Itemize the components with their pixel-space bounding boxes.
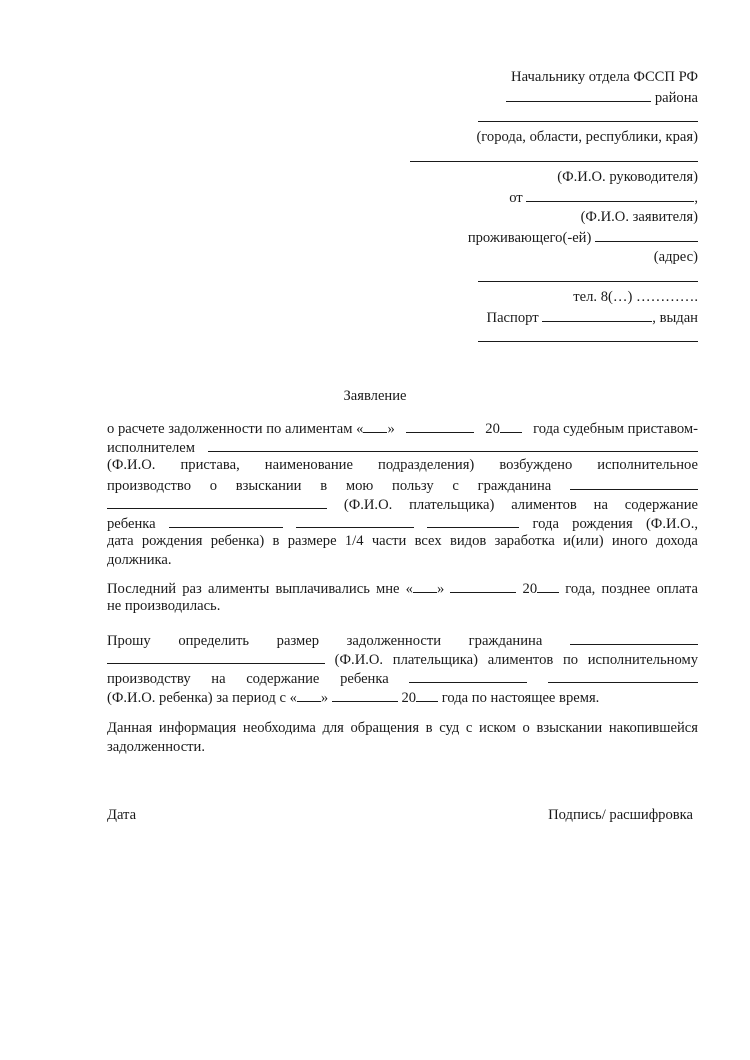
word: задолженности <box>347 632 441 651</box>
addressee-line: Начальнику отдела ФССП РФ <box>378 67 698 87</box>
request-child-field-2[interactable] <box>548 668 698 683</box>
applicant-line: от , <box>378 187 698 207</box>
word: видов <box>450 532 486 551</box>
word: дохода <box>656 532 698 551</box>
addressee-head: Начальнику отдела ФССП РФ <box>511 69 698 85</box>
period-end-text: года по настоящее время. <box>442 690 600 706</box>
word: части <box>372 532 406 551</box>
word: Данная <box>107 719 152 738</box>
residence-line: проживающего(-ей) <box>378 227 698 247</box>
passport-line: Паспорт , выдан <box>378 307 698 327</box>
address-blank-line <box>378 267 698 287</box>
applicant-name-field[interactable] <box>526 187 694 202</box>
child-birth-field[interactable] <box>427 513 519 528</box>
phone-line: тел. 8(…) …………. <box>378 287 698 307</box>
word: накопившейся <box>609 719 698 738</box>
document-title: Заявление <box>0 386 750 406</box>
word: размере <box>288 532 337 551</box>
p1-line: производство о взыскании в мою пользу с … <box>107 475 698 494</box>
bailiff-field[interactable] <box>208 437 698 452</box>
word: содержание <box>625 496 698 515</box>
word: информация <box>159 719 236 738</box>
word: для <box>322 719 343 738</box>
region-field[interactable] <box>478 107 698 122</box>
word: с <box>466 719 472 738</box>
applicant-caption: (Ф.И.О. заявителя) <box>378 207 698 227</box>
request-payer-name-field[interactable] <box>107 649 325 664</box>
p1-line: о расчете задолженности по алиментам «» … <box>107 418 698 437</box>
word: подразделения) <box>378 456 474 475</box>
year-field[interactable] <box>500 418 522 433</box>
word: всех <box>415 532 442 551</box>
passport-label: Паспорт <box>487 310 539 326</box>
word: иного <box>612 532 648 551</box>
word: исполнительное <box>597 456 698 475</box>
word: 1/4 <box>345 532 364 551</box>
date-group: «» <box>406 578 445 599</box>
last-pay-month-field[interactable] <box>450 578 516 593</box>
month-field[interactable] <box>406 418 474 433</box>
passport-field[interactable] <box>542 307 652 322</box>
word: (Ф.И.О. <box>335 651 383 670</box>
p1-intro: о расчете задолженности по алиментам « <box>107 421 363 437</box>
word: взыскании <box>536 719 602 738</box>
period-label: (Ф.И.О. ребенка) за период с « <box>107 690 297 706</box>
phone-label: тел. 8(…) …………. <box>573 289 698 305</box>
p1-line: (Ф.И.О. плательщика) алиментов на содерж… <box>107 494 698 513</box>
issued-label: , выдан <box>652 310 698 326</box>
year-group: 20 <box>523 578 560 599</box>
head-name-caption: (Ф.И.О. руководителя) <box>378 167 698 187</box>
word: рождения <box>142 532 203 551</box>
address-caption: (адрес) <box>378 247 698 267</box>
address-field[interactable] <box>478 267 698 282</box>
year-prefix: 20 <box>523 581 538 597</box>
word: о <box>523 719 530 738</box>
paragraph-request: Прошу определить размер задолженности гр… <box>107 630 698 706</box>
word: на <box>594 496 608 515</box>
p1-line: ребенка года рождения (Ф.И.О., <box>107 513 698 532</box>
region-caption: (города, области, республики, края) <box>378 127 698 147</box>
p4-line: задолженности. <box>107 738 698 757</box>
child-name-field-2[interactable] <box>296 513 414 528</box>
region-caption-text: (города, области, республики, края) <box>476 129 698 145</box>
word: алиментов <box>511 496 577 515</box>
p1-line: (Ф.И.О. пристава, наименование подраздел… <box>107 456 698 475</box>
quote-close: » <box>321 690 328 706</box>
p3-line: производству на содержание ребенка <box>107 668 698 687</box>
paragraph-last-payment: Последний раз алименты выплачивались мне… <box>107 578 698 616</box>
word: пристава, <box>180 456 239 475</box>
comma: , <box>694 190 698 206</box>
addressee-block: Начальнику отдела ФССП РФ района (города… <box>378 67 698 347</box>
document-page: Начальнику отдела ФССП РФ района (города… <box>0 0 750 1060</box>
p1-line: дата рождения ребенка) в размере 1/4 час… <box>107 532 698 551</box>
last-pay-day-field[interactable] <box>413 578 437 593</box>
word: мою <box>346 477 373 496</box>
applicant-caption-text: (Ф.И.О. заявителя) <box>581 209 698 225</box>
word: в <box>273 532 280 551</box>
word: оплата <box>656 580 698 599</box>
head-name-blank-line <box>378 147 698 167</box>
district-field[interactable] <box>506 87 651 102</box>
head-name-caption-text: (Ф.И.О. руководителя) <box>557 169 698 185</box>
date-label: Дата <box>107 805 136 825</box>
word: выплачивались <box>275 580 369 599</box>
p2-line: Последний раз алименты выплачивались мне… <box>107 578 698 597</box>
district-label: района <box>655 90 698 106</box>
period-year-field[interactable] <box>416 687 438 702</box>
signature-footer: Дата Подпись/ расшифровка <box>107 805 693 825</box>
p1-line: исполнителем <box>107 437 698 456</box>
address-caption-text: (адрес) <box>654 249 698 265</box>
year-prefix: 20 <box>401 690 416 706</box>
residence-field[interactable] <box>595 227 698 242</box>
p1-line: должника. <box>107 551 698 570</box>
debtor-citizen-field[interactable] <box>570 475 698 490</box>
issued-by-blank-line <box>378 327 698 347</box>
issued-by-field[interactable] <box>478 327 698 342</box>
p3-line: (Ф.И.О. плательщика) алиментов по исполн… <box>107 649 698 668</box>
p3-line: Прошу определить размер задолженности гр… <box>107 630 698 649</box>
word: дата <box>107 532 134 551</box>
word: гражданина <box>469 632 543 651</box>
day-field[interactable] <box>363 418 387 433</box>
word: заработка <box>495 532 555 551</box>
quote-close: » <box>387 421 394 437</box>
p3-line: (Ф.И.О. ребенка) за период с «» 20 года … <box>107 687 698 706</box>
request-child-field-1[interactable] <box>409 668 527 683</box>
quote-open: « <box>406 581 413 597</box>
word: позднее <box>601 580 650 599</box>
word: суд <box>439 719 459 738</box>
payer-name-field[interactable] <box>107 494 327 509</box>
p4-line: Данная информация необходима для обращен… <box>107 719 698 738</box>
quote-close: » <box>437 581 444 597</box>
word: необходима <box>243 719 316 738</box>
period-month-field[interactable] <box>332 687 398 702</box>
word: с <box>452 477 458 496</box>
residence-label: проживающего(-ей) <box>468 230 592 246</box>
word: (Ф.И.О. <box>107 456 155 475</box>
head-name-field[interactable] <box>410 147 698 162</box>
word: возбуждено <box>499 456 572 475</box>
last-pay-year-field[interactable] <box>537 578 559 593</box>
word: гражданина <box>478 477 552 496</box>
period-day-field[interactable] <box>297 687 321 702</box>
year-prefix: 20 <box>485 421 500 437</box>
signature-label: Подпись/ расшифровка <box>548 805 693 825</box>
word: мне <box>376 580 400 599</box>
word: наименование <box>265 456 353 475</box>
request-citizen-field[interactable] <box>570 630 698 645</box>
paragraph-calculation: о расчете задолженности по алиментам «» … <box>107 418 698 570</box>
word: ребенка) <box>211 532 265 551</box>
p1-text: о расчете задолженности по алиментам «» <box>107 418 395 439</box>
word: и(или) <box>563 532 603 551</box>
paragraph-purpose: Данная информация необходима для обращен… <box>107 719 698 757</box>
word: обращения <box>351 719 420 738</box>
word: в <box>426 719 433 738</box>
region-blank-line <box>378 107 698 127</box>
word: года, <box>565 580 595 599</box>
from-label: от <box>509 190 522 206</box>
year-group: 20 <box>485 418 522 439</box>
p2-line: не производилась. <box>107 597 698 616</box>
word: пользу <box>392 477 434 496</box>
district-line: района <box>378 87 698 107</box>
child-name-field-1[interactable] <box>169 513 283 528</box>
word: иском <box>479 719 516 738</box>
